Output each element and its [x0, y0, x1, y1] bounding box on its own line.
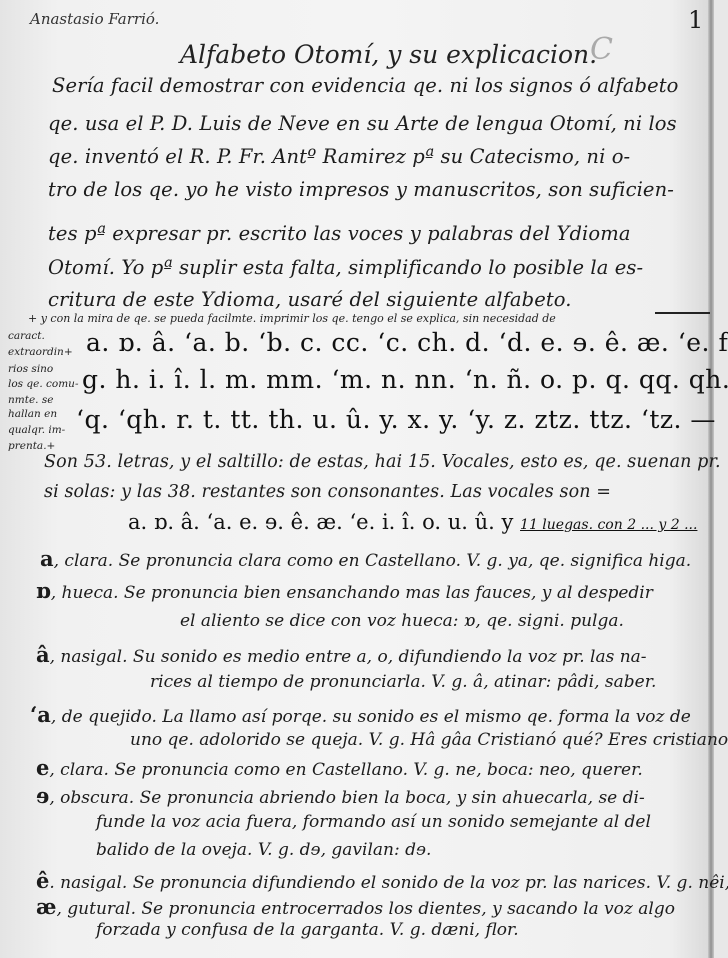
entry-text: , clara. Se pronuncia clara como en Cast… [54, 551, 692, 571]
page-title: Alfabeto Otomí, y su explicacion. [180, 40, 597, 69]
vowel-entry: ê. nasigal. Se pronuncia difundiendo el … [36, 868, 728, 893]
entry-text: . nasigal. Se pronuncia difundiendo el s… [49, 873, 728, 893]
entry-text: , nasigal. Su sonido es medio entre a, o… [50, 647, 647, 667]
margin-note: hallan en [8, 408, 57, 420]
vowel-entry: ʻa, de quejido. La llamo así porqe. su s… [30, 702, 691, 727]
entry-key: æ [36, 894, 56, 919]
vowel-entry: el aliento se dice con voz hueca: ɒ, qe.… [180, 611, 624, 631]
entry-key: ʻa [30, 702, 51, 727]
vowel-entry: ɘ, obscura. Se pronuncia abriendo bien l… [36, 783, 645, 808]
entry-key: ê [36, 868, 49, 893]
intro-line: Otomí. Yo pª suplir esta falta, simplifi… [48, 256, 643, 279]
vowel-list: a. ɒ. â. ʻa. e. ɘ. ê. æ. ʻe. i. î. o. u.… [128, 510, 513, 534]
entry-key: a [40, 546, 54, 571]
letter-count-line: Son 53. letras, y el saltillo: de estas,… [44, 452, 721, 472]
vowel-note: 11 luegas. con 2 ... y 2 ... [520, 517, 697, 533]
vowel-entry: uno qe. adolorido se queja. V. g. Hâ gâa… [130, 730, 728, 750]
manuscript-page: Anastasio Farrió. 1 Alfabeto Otomí, y su… [0, 0, 728, 958]
page-edge [714, 0, 728, 958]
entry-key: â [36, 642, 50, 667]
margin-note: qualqr. im- [8, 424, 65, 436]
vowel-entry: forzada y confusa de la garganta. V. g. … [96, 920, 519, 940]
vowel-entry: e, clara. Se pronuncia como en Castellan… [36, 755, 643, 780]
entry-text: uno qe. adolorido se queja. V. g. Hâ gâa… [130, 730, 728, 750]
vowel-entry: a, clara. Se pronuncia clara como en Cas… [40, 546, 691, 571]
entry-text: , clara. Se pronuncia como en Castellano… [49, 760, 642, 780]
entry-text: , de quejido. La llamo así porqe. su son… [51, 707, 691, 727]
title-flourish-icon: C [590, 32, 613, 67]
binding-shadow [708, 0, 714, 958]
intro-line: critura de este Ydioma, usaré del siguie… [48, 288, 572, 311]
intro-line: Sería facil demostrar con evidencia qe. … [52, 74, 679, 97]
vowel-entry: â, nasigal. Su sonido es medio entre a, … [36, 642, 647, 667]
intro-line: qe. inventó el R. P. Fr. Antº Ramirez pª… [48, 145, 630, 168]
entry-text: funde la voz acia fuera, formando así un… [96, 812, 651, 832]
rule-line [655, 312, 710, 314]
vowel-entry: balido de la oveja. V. g. dɘ, gavilan: d… [96, 840, 431, 860]
entry-key: ɒ [36, 578, 51, 603]
entry-key: ɘ [36, 783, 49, 808]
vowel-row: a. ɒ. â. ʻa. e. ɘ. ê. æ. ʻe. i. î. o. u.… [128, 510, 697, 534]
entry-text: el aliento se dice con voz hueca: ɒ, qe.… [180, 611, 624, 631]
intro-text: Sería facil demostrar con evidencia qe. … [52, 74, 679, 97]
letter-count-line: si solas: y las 38. restantes son conson… [44, 482, 611, 502]
alphabet-row: ʻq. ʻqh. r. t. tt. th. u. û. y. x. y. ʻy… [76, 405, 716, 434]
margin-note: extraordin+ [8, 346, 73, 358]
entry-text: rices al tiempo de pronunciarla. V. g. â… [150, 672, 656, 692]
entry-text: forzada y confusa de la garganta. V. g. … [96, 920, 519, 940]
page-number: 1 [688, 6, 703, 34]
margin-note: rios sino [8, 363, 53, 375]
vowel-entry: æ, gutural. Se pronuncia entrocerrados l… [36, 894, 675, 919]
entry-text: , hueca. Se pronuncia bien ensanchando m… [51, 583, 653, 603]
interlinear-insert: + y con la mira de qe. se pueda facilmte… [28, 312, 556, 325]
margin-note: nmte. se [8, 394, 53, 406]
vowel-entry: rices al tiempo de pronunciarla. V. g. â… [150, 672, 656, 692]
alphabet-row: g. h. i. î. l. m. mm. ʻm. n. nn. ʻn. ñ. … [82, 365, 728, 394]
margin-note: prenta.+ [8, 440, 55, 452]
entry-text: , gutural. Se pronuncia entrocerrados lo… [56, 899, 674, 919]
author-note: Anastasio Farrió. [30, 10, 159, 28]
vowel-entry: ɒ, hueca. Se pronuncia bien ensanchando … [36, 578, 653, 603]
margin-note: los qe. comu- [8, 378, 79, 390]
entry-key: e [36, 755, 49, 780]
vowel-entry: funde la voz acia fuera, formando así un… [96, 812, 651, 832]
intro-line: qe. usa el P. D. Luis de Neve en su Arte… [48, 112, 677, 135]
entry-text: balido de la oveja. V. g. dɘ, gavilan: d… [96, 840, 431, 860]
intro-line: tes pª expresar pr. escrito las voces y … [48, 222, 631, 245]
margin-note: caract. [8, 330, 45, 342]
entry-text: , obscura. Se pronuncia abriendo bien la… [49, 788, 644, 808]
alphabet-row: a. ɒ. â. ʻa. b. ʻb. c. cc. ʻc. ch. d. ʻd… [86, 328, 728, 357]
intro-line: tro de los qe. yo he visto impresos y ma… [48, 178, 674, 201]
